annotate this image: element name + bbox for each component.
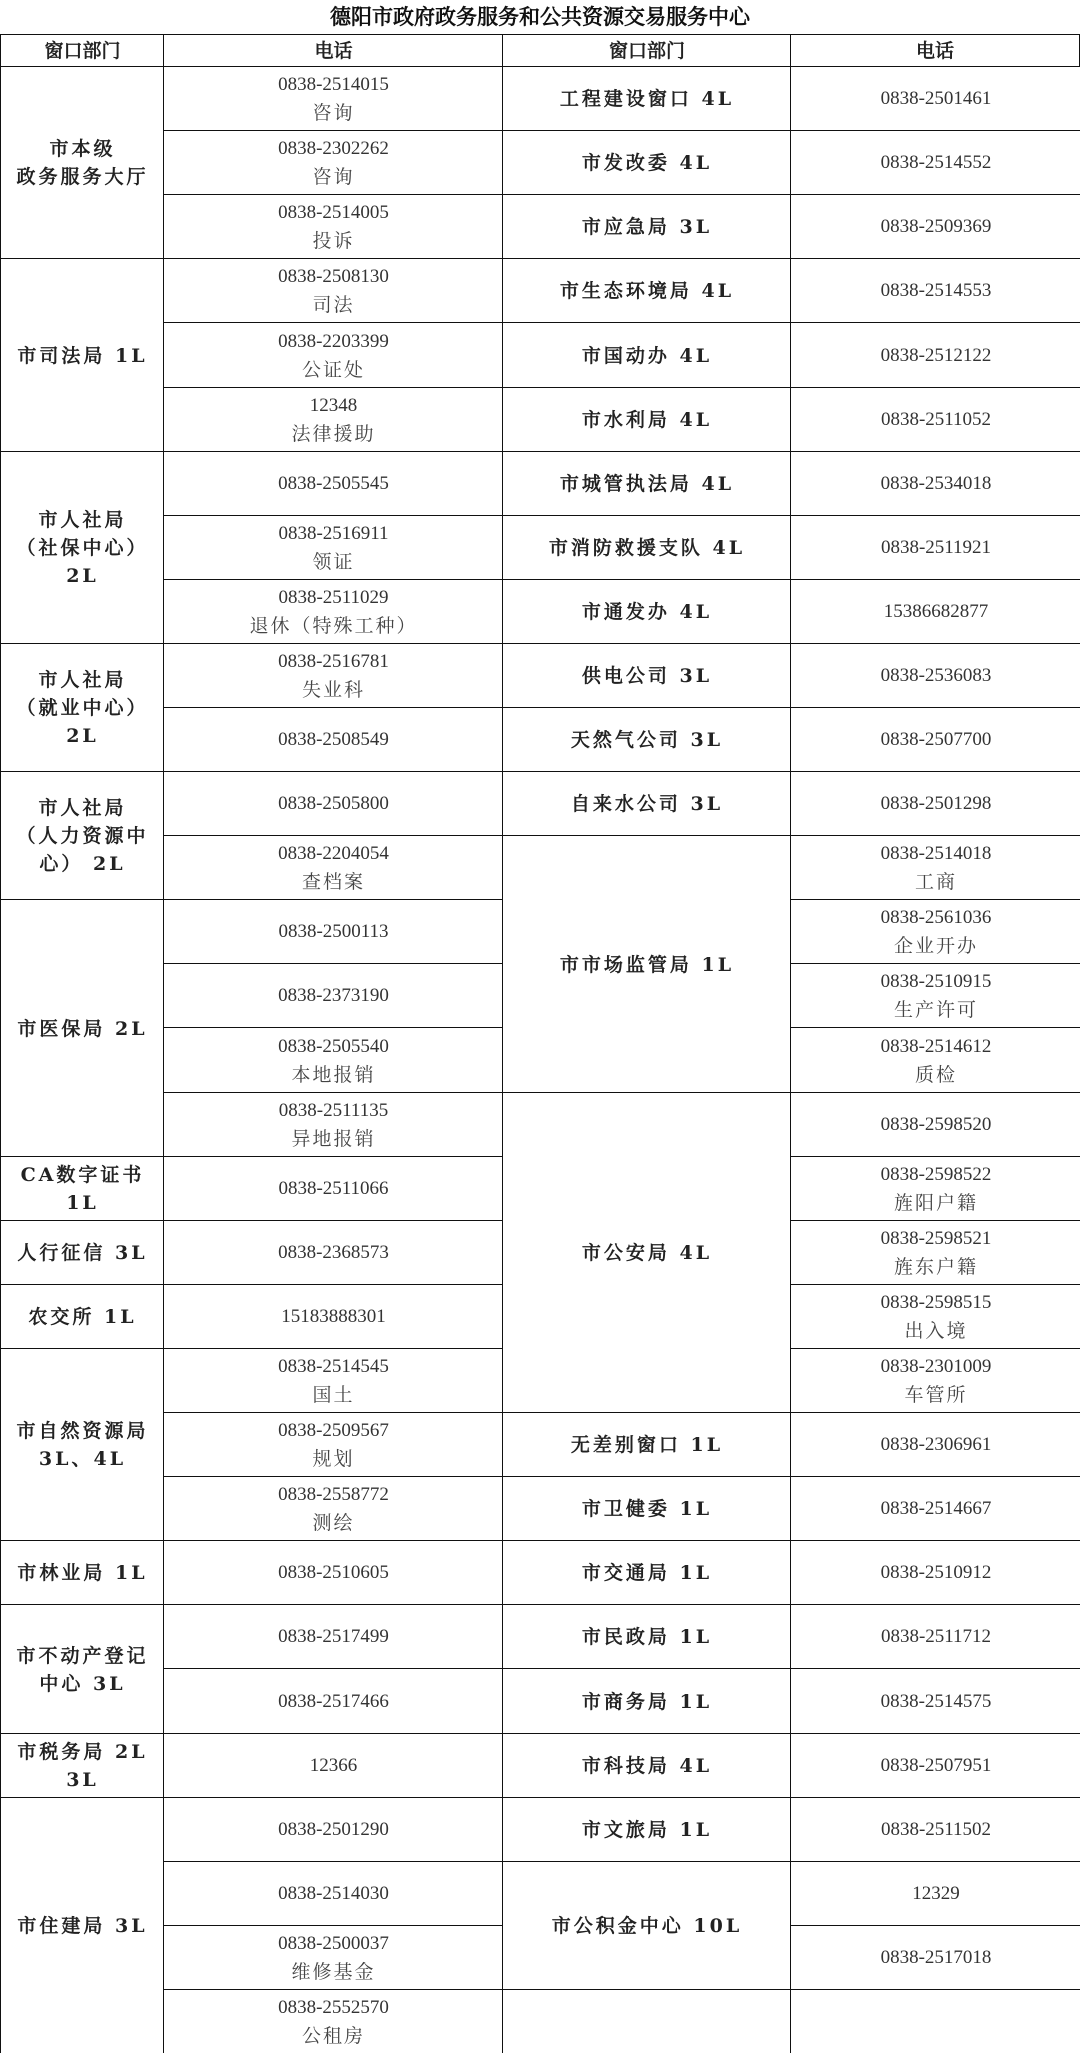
phone-note: 质检 [915,1061,957,1089]
phone-cell: 0838-2511029退休（特殊工种） [163,579,504,645]
phone-number: 0838-2203399 [278,328,389,356]
phone-cell: 0838-2561036企业开办 [790,899,1080,965]
phone-note: 退休（特殊工种） [249,612,417,640]
phone-cell: 0838-2204054查档案 [163,835,504,901]
phone-cell: 0838-2306961 [790,1412,1080,1478]
phone-cell: 0838-2511502 [790,1797,1080,1863]
phone-cell: 0838-2505540本地报销 [163,1027,504,1094]
phone-cell: 12366 [163,1733,504,1799]
phone-number: 0838-2501461 [881,85,992,113]
phone-note: 测绘 [312,1509,354,1537]
department-cell: 工程建设窗口 4L [502,66,792,132]
phone-cell: 0838-2510605 [163,1540,504,1606]
phone-number: 0838-2204054 [278,840,389,868]
phone-note: 司法 [312,291,354,319]
phone-number: 15183888301 [281,1303,386,1331]
phone-cell: 0838-2598521旌东户籍 [790,1220,1080,1286]
phone-number: 0838-2301009 [881,1353,992,1381]
phone-cell: 0838-2598522旌阳户籍 [790,1156,1080,1222]
department-cell: 市生态环境局 4L [502,258,792,324]
phone-cell: 0838-2500037维修基金 [163,1925,504,1991]
phone-cell: 0838-2501298 [790,771,1080,837]
phone-number: 0838-2500037 [278,1930,389,1958]
department-cell: 市科技局 4L [502,1733,792,1799]
department-cell: 市文旅局 1L [502,1797,792,1863]
phone-note: 工商 [915,868,957,896]
phone-cell: 0838-2517018 [790,1925,1080,1991]
page-title: 德阳市政府政务服务和公共资源交易服务中心 [0,0,1080,34]
phone-cell: 0838-2301009车管所 [790,1348,1080,1414]
phone-cell: 15386682877 [790,579,1080,645]
phone-cell: 0838-2511712 [790,1604,1080,1670]
department-cell: 市消防救援支队 4L [502,515,792,581]
department-cell: 市住建局 3L [0,1797,165,2053]
phone-number: 0838-2598522 [881,1161,992,1189]
phone-number: 0838-2558772 [278,1481,389,1509]
phone-number: 0838-2507951 [881,1752,992,1780]
phone-number: 0838-2514575 [881,1688,992,1716]
phone-note: 公证处 [302,356,365,384]
department-cell: 市人社局 （就业中心） 2L [0,643,165,773]
phone-number: 0838-2509567 [278,1417,389,1445]
phone-cell: 0838-2514018工商 [790,835,1080,901]
phone-number: 0838-2598521 [881,1225,992,1253]
phone-number: 0838-2514612 [881,1033,992,1061]
phone-number: 0838-2505540 [278,1033,389,1061]
phone-number: 0838-2508130 [278,263,389,291]
department-cell: 市城管执法局 4L [502,451,792,517]
phone-cell: 0838-2512122 [790,322,1080,389]
phone-number: 0838-2517466 [278,1688,389,1716]
phone-cell: 0838-2516781失业科 [163,643,504,709]
phone-number: 0838-2516911 [278,520,388,548]
phone-cell: 0838-2514015咨询 [163,66,504,132]
phone-note: 咨询 [312,99,354,127]
phone-cell: 0838-2505800 [163,771,504,837]
phone-number: 0838-2514667 [881,1495,992,1523]
phone-number: 12366 [310,1752,358,1780]
department-cell: 市不动产登记 中心 3L [0,1604,165,1735]
phone-number: 0838-2511712 [881,1623,991,1651]
department-cell: 市市场监管局 1L [502,835,792,1094]
phone-cell: 0838-2552570公租房 [163,1989,504,2053]
phone-number: 0838-2517018 [881,1944,992,1972]
phone-note: 查档案 [302,868,365,896]
department-cell: 农交所 1L [0,1284,165,1350]
department-cell: 供电公司 3L [502,643,792,709]
phone-cell: 0838-2534018 [790,451,1080,517]
department-cell: 市交通局 1L [502,1540,792,1606]
phone-number: 0838-2514005 [278,199,389,227]
phone-cell: 0838-2536083 [790,643,1080,709]
department-cell: 市应急局 3L [502,194,792,260]
department-cell: 市国动办 4L [502,322,792,389]
department-cell: 人行征信 3L [0,1220,165,1286]
phone-number: 12348 [310,392,358,420]
department-cell: 自来水公司 3L [502,771,792,837]
header-col-tel-left: 电话 [163,34,504,67]
phone-cell: 0838-2517466 [163,1668,504,1735]
phone-cell: 0838-2511066 [163,1156,504,1222]
department-cell: 市本级 政务服务大厅 [0,66,165,260]
phone-cell: 0838-2510915生产许可 [790,963,1080,1029]
department-cell: 市司法局 1L [0,258,165,453]
phone-cell: 0838-2514553 [790,258,1080,324]
phone-cell: 0838-2511052 [790,387,1080,453]
phone-number: 0838-2534018 [881,470,992,498]
phone-note: 车管所 [904,1381,967,1409]
department-cell: 市公安局 4L [502,1092,792,1414]
phone-number: 0838-2508549 [278,726,389,754]
contact-table: 窗口部门 电话 窗口部门 电话 市本级 政务服务大厅0838-2514015咨询… [0,34,1080,2053]
phone-note: 旌东户籍 [894,1253,978,1281]
phone-note: 规划 [312,1445,354,1473]
phone-number: 0838-2511502 [881,1816,991,1844]
department-cell: 市发改委 4L [502,130,792,196]
phone-number: 0838-2505800 [278,790,389,818]
phone-number: 0838-2514030 [278,1880,389,1908]
department-cell: 无差别窗口 1L [502,1412,792,1478]
phone-number: 0838-2373190 [278,982,389,1010]
phone-number: 0838-2511066 [278,1175,388,1203]
phone-number: 0838-2511135 [279,1097,388,1125]
phone-cell: 0838-2514030 [163,1861,504,1927]
phone-note: 生产许可 [894,996,978,1024]
phone-cell: 0838-2511921 [790,515,1080,581]
phone-cell: 0838-2514005投诉 [163,194,504,260]
phone-number: 0838-2510605 [278,1559,389,1587]
phone-number: 0838-2514553 [881,277,992,305]
phone-number: 12329 [912,1880,960,1908]
phone-cell: 0838-2501461 [790,66,1080,132]
department-cell: 市人社局 （人力资源中 心） 2L [0,771,165,901]
phone-note: 企业开办 [894,932,978,960]
phone-number: 0838-2306961 [881,1431,992,1459]
phone-cell: 0838-2500113 [163,899,504,965]
phone-cell: 0838-2514612质检 [790,1027,1080,1094]
phone-cell: 12348法律援助 [163,387,504,453]
phone-cell: 12329 [790,1861,1080,1927]
phone-number: 0838-2514015 [278,71,389,99]
department-cell: 市林业局 1L [0,1540,165,1606]
phone-note: 领证 [312,548,354,576]
phone-note: 出入境 [904,1317,967,1345]
phone-number: 0838-2510912 [881,1559,992,1587]
department-cell: 市自然资源局 3L、4L [0,1348,165,1542]
phone-cell: 0838-2507951 [790,1733,1080,1799]
phone-note: 公租房 [302,2022,365,2050]
department-cell: 天然气公司 3L [502,707,792,773]
phone-cell: 0838-2514552 [790,130,1080,196]
department-cell: 市商务局 1L [502,1668,792,1735]
phone-note: 本地报销 [291,1061,375,1089]
phone-number: 0838-2536083 [881,662,992,690]
phone-note: 异地报销 [291,1125,375,1153]
phone-number: 0838-2514545 [278,1353,389,1381]
phone-cell: 0838-2598515出入境 [790,1284,1080,1350]
header-col-dept-left: 窗口部门 [0,34,165,67]
phone-cell: 0838-2511135异地报销 [163,1092,504,1158]
phone-cell: 0838-2508549 [163,707,504,773]
department-cell: 市税务局 2L 3L [0,1733,165,1799]
phone-cell [790,1989,1080,2053]
phone-number: 0838-2509369 [881,213,992,241]
header-col-dept-right: 窗口部门 [502,34,792,67]
department-cell: 市通发办 4L [502,579,792,645]
department-cell: 市人社局 （社保中心） 2L [0,451,165,645]
department-cell: 市公积金中心 10L [502,1861,792,1991]
phone-number: 0838-2511052 [881,406,991,434]
phone-cell: 0838-2510912 [790,1540,1080,1606]
phone-cell: 0838-2368573 [163,1220,504,1286]
phone-note: 法律援助 [291,420,375,448]
phone-number: 0838-2501290 [278,1816,389,1844]
header-col-tel-right: 电话 [790,34,1080,67]
phone-cell: 0838-2514575 [790,1668,1080,1735]
phone-cell: 0838-2203399公证处 [163,322,504,389]
phone-number: 0838-2514552 [881,149,992,177]
phone-number: 0838-2516781 [278,648,389,676]
phone-number: 0838-2512122 [881,342,992,370]
phone-cell: 0838-2509567规划 [163,1412,504,1478]
phone-cell: 0838-2514545国土 [163,1348,504,1414]
phone-note: 国土 [312,1381,354,1409]
phone-number: 0838-2302262 [278,135,389,163]
phone-number: 15386682877 [884,598,989,626]
department-cell: 市民政局 1L [502,1604,792,1670]
phone-cell: 0838-2558772测绘 [163,1476,504,1542]
phone-number: 0838-2511921 [881,534,991,562]
phone-cell: 0838-2598520 [790,1092,1080,1158]
phone-cell: 0838-2516911领证 [163,515,504,581]
department-cell: 市水利局 4L [502,387,792,453]
phone-number: 0838-2561036 [881,904,992,932]
phone-note: 旌阳户籍 [894,1189,978,1217]
phone-number: 0838-2511029 [278,584,388,612]
phone-number: 0838-2598515 [881,1289,992,1317]
phone-number: 0838-2517499 [278,1623,389,1651]
phone-cell: 0838-2509369 [790,194,1080,260]
phone-cell: 0838-2302262咨询 [163,130,504,196]
phone-note: 投诉 [312,227,354,255]
phone-cell: 0838-2505545 [163,451,504,517]
department-cell: 市卫健委 1L [502,1476,792,1542]
phone-note: 咨询 [312,163,354,191]
phone-cell: 0838-2508130司法 [163,258,504,324]
phone-number: 0838-2368573 [278,1239,389,1267]
phone-number: 0838-2510915 [881,968,992,996]
phone-number: 0838-2501298 [881,790,992,818]
phone-number: 0838-2514018 [881,840,992,868]
phone-note: 维修基金 [291,1958,375,1986]
phone-number: 0838-2552570 [278,1994,389,2022]
phone-cell: 0838-2507700 [790,707,1080,773]
department-cell [502,1989,792,2053]
department-cell: 市医保局 2L [0,899,165,1158]
phone-number: 0838-2500113 [278,918,388,946]
phone-cell: 0838-2517499 [163,1604,504,1670]
phone-cell: 0838-2514667 [790,1476,1080,1542]
phone-number: 0838-2505545 [278,470,389,498]
phone-number: 0838-2598520 [881,1111,992,1139]
phone-cell: 15183888301 [163,1284,504,1350]
phone-number: 0838-2507700 [881,726,992,754]
department-cell: CA数字证书 1L [0,1156,165,1222]
phone-cell: 0838-2373190 [163,963,504,1029]
phone-cell: 0838-2501290 [163,1797,504,1863]
phone-note: 失业科 [302,676,365,704]
